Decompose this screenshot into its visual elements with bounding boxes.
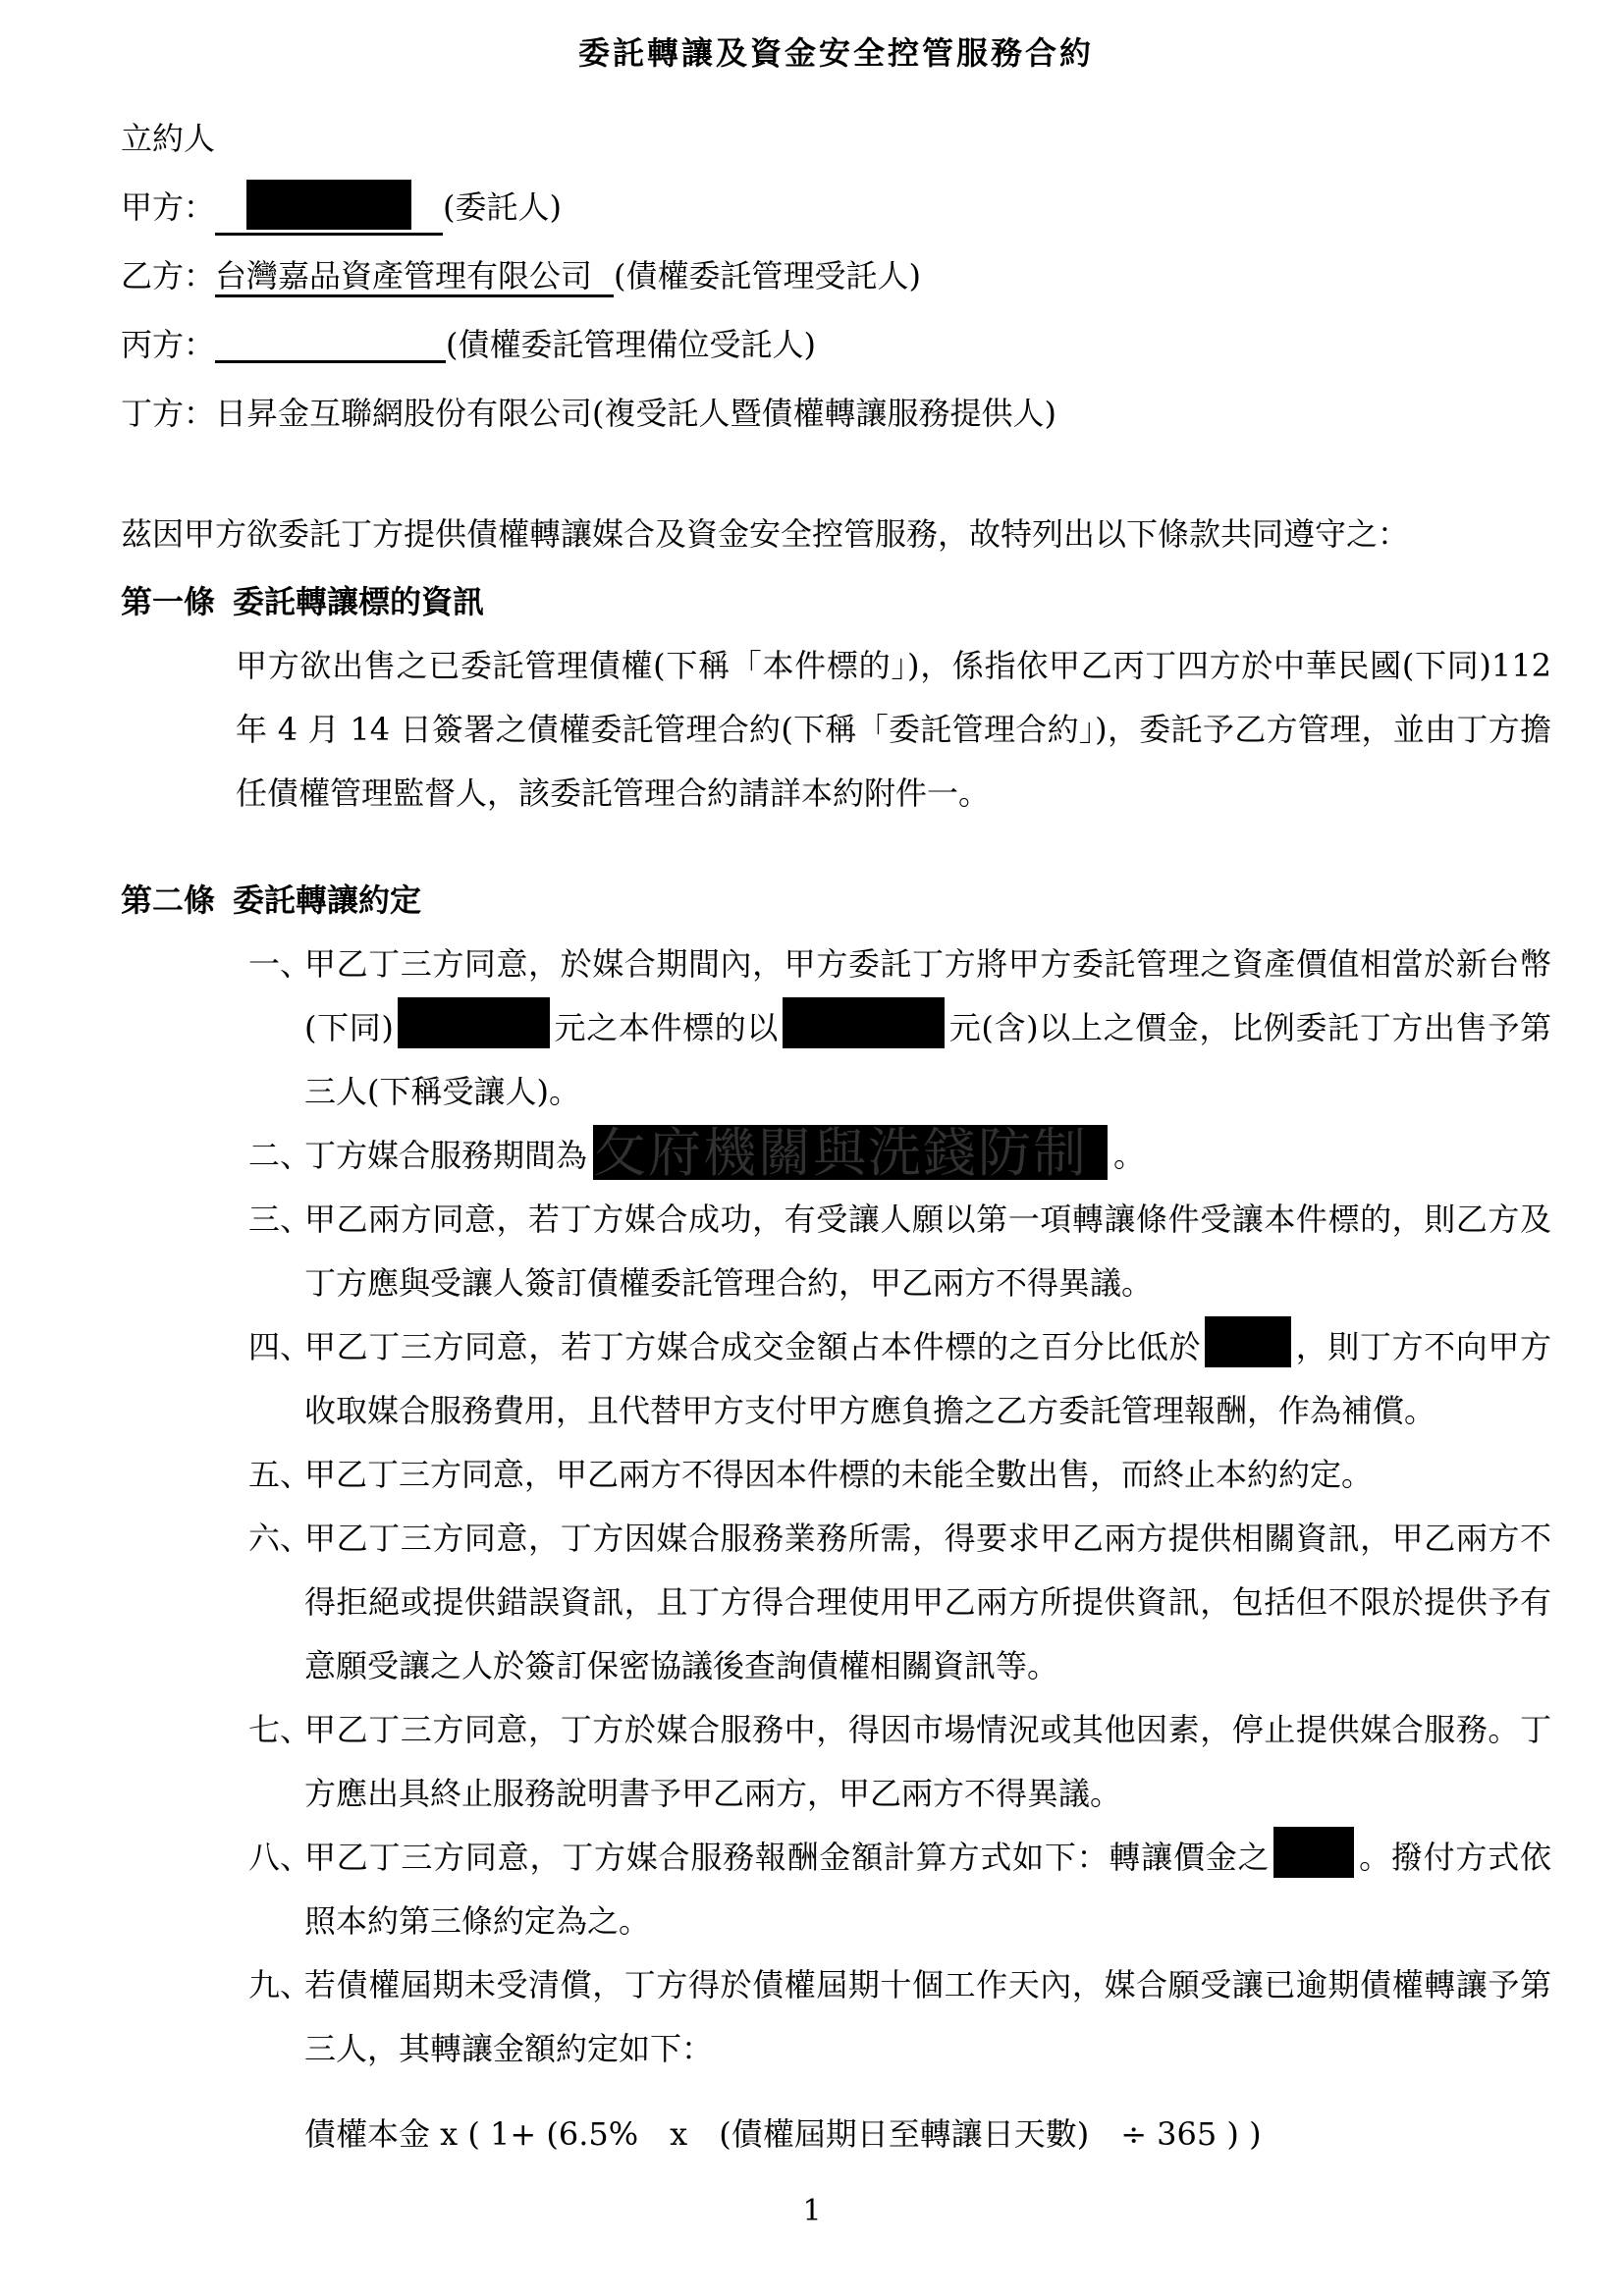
parties-intro: 立約人 <box>121 104 1551 173</box>
clause-text: 甲乙兩方同意，若丁方媒合成功，有受讓人願以第一項轉讓條件受讓本件標的，則乙方及丁… <box>304 1201 1551 1302</box>
redaction-box <box>783 997 945 1048</box>
parties-block: 立約人 甲方：(委託人) 乙方：台灣嘉品資產管理有限公司(債權委託管理受託人) … <box>121 104 1551 448</box>
redaction-party-a-name <box>246 180 411 230</box>
contract-clause-item: 八、甲乙丁三方同意，丁方媒合服務報酬金額計算方式如下：轉讓價金之。撥付方式依照本… <box>121 1826 1551 1953</box>
document-title: 委託轉讓及資金安全控管服務合約 <box>121 27 1551 79</box>
preamble-paragraph: 茲因甲方欲委託丁方提供債權轉讓媒合及資金安全控管服務，故特列出以下條款共同遵守之… <box>121 503 1551 566</box>
clause-text: 甲乙丁三方同意，若丁方媒合成交金額占本件標的之百分比低於 <box>304 1328 1201 1365</box>
contract-clause-item: 六、甲乙丁三方同意，丁方因媒合服務業務所需，得要求甲乙兩方提供相關資訊，甲乙兩方… <box>121 1507 1551 1698</box>
clause-number: 一、 <box>248 933 311 996</box>
article-2-number: 第二條 <box>121 881 215 919</box>
article-1-heading: 第一條委託轉讓標的資訊 <box>121 570 1551 634</box>
party-c-line: 丙方：(債權委託管理備位受託人) <box>121 310 1551 379</box>
party-c-label: 丙方： <box>121 326 215 363</box>
clause-text: 。 <box>1113 1137 1145 1174</box>
party-c-name-blank <box>215 317 446 363</box>
article-1-body: 甲方欲出售之已委託管理債權(下稱「本件標的」)，係指依甲乙丙丁四方於中華民國(下… <box>236 634 1551 826</box>
contract-clause-item: 二、丁方媒合服務期間為攵府機關與洗錢防制。 <box>121 1124 1551 1188</box>
clause-number: 六、 <box>248 1507 311 1571</box>
redaction-box <box>1205 1316 1291 1367</box>
party-a-label: 甲方： <box>121 188 215 226</box>
clause-text: 元之本件標的以 <box>554 1009 779 1046</box>
contract-page: 委託轉讓及資金安全控管服務合約 立約人 甲方：(委託人) 乙方：台灣嘉品資產管理… <box>0 0 1624 2296</box>
party-a-name-blank <box>215 180 443 236</box>
redaction-box-watermark: 攵府機關與洗錢防制 <box>593 1125 1108 1180</box>
article-1: 第一條委託轉讓標的資訊 甲方欲出售之已委託管理債權(下稱「本件標的」)，係指依甲… <box>121 570 1551 826</box>
party-b-role: (債權委託管理受託人) <box>614 257 921 294</box>
party-d-role: (複受託人暨債權轉讓服務提供人) <box>592 395 1056 432</box>
party-a-line: 甲方：(委託人) <box>121 173 1551 241</box>
article-2-items: 一、甲乙丁三方同意，於媒合期間內，甲方委託丁方將甲方委託管理之資產價值相當於新台… <box>121 933 1551 2166</box>
redaction-box <box>1273 1827 1354 1878</box>
clause-number: 二、 <box>248 1124 311 1188</box>
party-d-name: 日昇金互聯網股份有限公司 <box>215 395 592 432</box>
contract-clause-item: 三、甲乙兩方同意，若丁方媒合成功，有受讓人願以第一項轉讓條件受讓本件標的，則乙方… <box>121 1188 1551 1315</box>
party-d-label: 丁方： <box>121 395 215 432</box>
redaction-box <box>398 997 550 1048</box>
clause-number: 三、 <box>248 1188 311 1252</box>
clause-text: 甲乙丁三方同意，丁方因媒合服務業務所需，得要求甲乙兩方提供相關資訊，甲乙兩方不得… <box>304 1520 1551 1684</box>
party-c-role: (債權委託管理備位受託人) <box>446 326 816 363</box>
contract-clause-item: 五、甲乙丁三方同意，甲乙兩方不得因本件標的未能全數出售，而終止本約約定。 <box>121 1443 1551 1507</box>
clause-text: 甲乙丁三方同意，丁方媒合服務報酬金額計算方式如下：轉讓價金之 <box>304 1839 1270 1876</box>
clause-number: 七、 <box>248 1698 311 1762</box>
party-b-label: 乙方： <box>121 257 215 294</box>
page-number: 1 <box>0 2194 1624 2228</box>
contract-clause-item: 四、甲乙丁三方同意，若丁方媒合成交金額占本件標的之百分比低於，則丁方不向甲方收取… <box>121 1315 1551 1443</box>
clause-formula: 債權本金 x ( 1+ (6.5% x (債權屆期日至轉讓日天數) ÷ 365 … <box>304 2103 1551 2166</box>
article-2: 第二條委託轉讓約定 一、甲乙丁三方同意，於媒合期間內，甲方委託丁方將甲方委託管理… <box>121 869 1551 2166</box>
party-d-line: 丁方：日昇金互聯網股份有限公司(複受託人暨債權轉讓服務提供人) <box>121 379 1551 448</box>
article-2-title: 委託轉讓約定 <box>233 881 421 919</box>
article-1-title: 委託轉讓標的資訊 <box>233 583 484 620</box>
clause-number: 八、 <box>248 1826 311 1890</box>
contract-clause-item: 一、甲乙丁三方同意，於媒合期間內，甲方委託丁方將甲方委託管理之資產價值相當於新台… <box>121 933 1551 1124</box>
contract-clause-item: 七、甲乙丁三方同意，丁方於媒合服務中，得因市場情況或其他因素，停止提供媒合服務。… <box>121 1698 1551 1826</box>
clause-number: 五、 <box>248 1443 311 1507</box>
clause-number: 九、 <box>248 1953 311 2017</box>
clause-text: 甲乙丁三方同意，甲乙兩方不得因本件標的未能全數出售，而終止本約約定。 <box>304 1456 1373 1493</box>
party-b-line: 乙方：台灣嘉品資產管理有限公司(債權委託管理受託人) <box>121 241 1551 310</box>
article-1-number: 第一條 <box>121 583 215 620</box>
clause-text: 丁方媒合服務期間為 <box>304 1137 587 1174</box>
contract-clause-item: 九、若債權屆期未受清償，丁方得於債權屆期十個工作天內，媒合願受讓已逾期債權轉讓予… <box>121 1953 1551 2166</box>
article-2-heading: 第二條委託轉讓約定 <box>121 869 1551 933</box>
clause-text: 甲乙丁三方同意，丁方於媒合服務中，得因市場情況或其他因素，停止提供媒合服務。丁方… <box>304 1711 1551 1812</box>
party-a-role: (委託人) <box>443 188 562 226</box>
clause-number: 四、 <box>248 1315 311 1379</box>
clause-text: 若債權屆期未受清償，丁方得於債權屆期十個工作天內，媒合願受讓已逾期債權轉讓予第三… <box>304 1966 1551 2067</box>
party-b-name: 台灣嘉品資產管理有限公司 <box>215 257 614 297</box>
